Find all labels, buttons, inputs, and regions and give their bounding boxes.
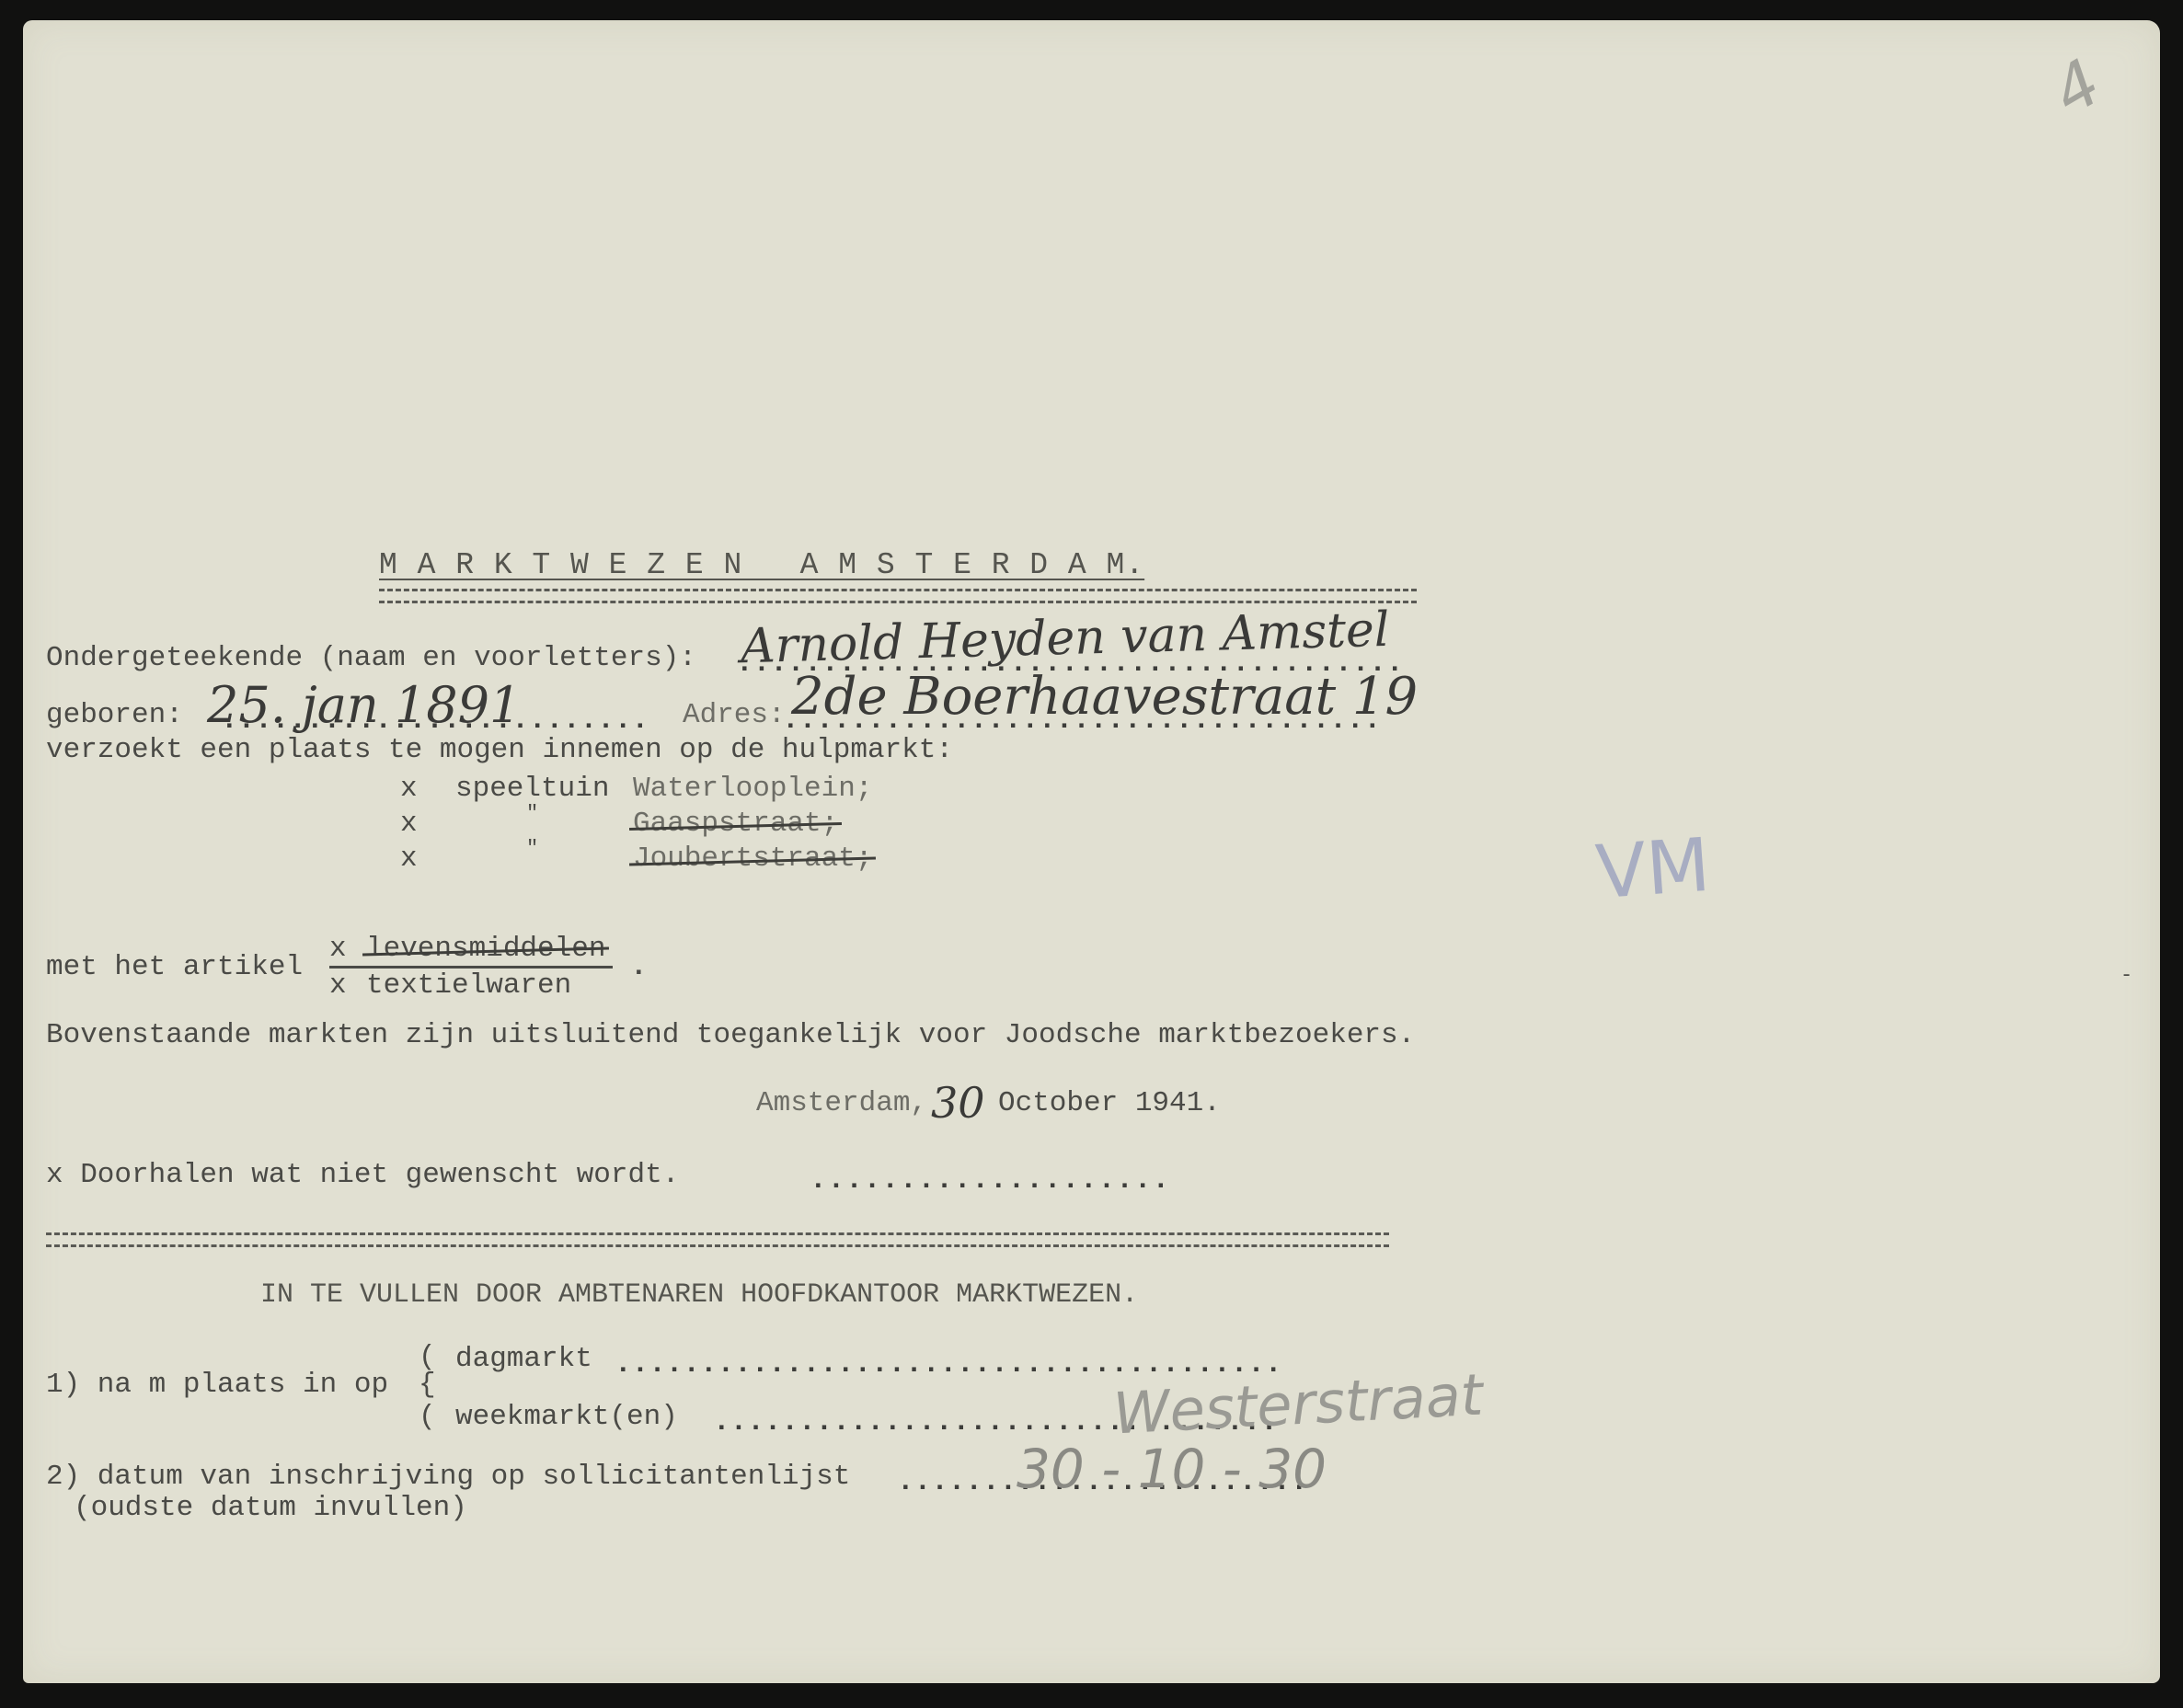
title-double-rule: [379, 589, 1417, 603]
market-option-marker: x: [400, 844, 418, 873]
item1-label: 1) na m plaats in op: [46, 1370, 388, 1399]
signature-dots: ....................: [810, 1166, 1170, 1195]
margin-dash: -: [2120, 966, 2132, 986]
address-value: 2de Boerhaavestraat 19: [791, 671, 1418, 723]
struck-text: levensmiddelen: [366, 933, 605, 965]
struck-text: Gaaspstraat;: [633, 808, 838, 840]
market-option-gaaspstraat: Gaaspstraat;: [633, 809, 838, 838]
ditto-mark: ": [526, 839, 538, 859]
market-option-prefix: speeltuin: [455, 774, 609, 803]
market-option-joubertstraat: Joubertstraat;: [633, 844, 872, 873]
brace-top: (: [419, 1343, 436, 1371]
date-month-year: October 1941.: [998, 1089, 1221, 1118]
place-text: Amsterdam,: [756, 1089, 927, 1118]
market-option-marker: x: [400, 774, 418, 803]
section-double-rule: [46, 1232, 1389, 1247]
brace-bottom: (: [419, 1403, 436, 1431]
item2-label: 2) datum van inschrijving op sollicitant…: [46, 1462, 850, 1491]
address-label: Adres:: [683, 701, 786, 729]
market-option-waterlooplein: Waterlooplein;: [633, 774, 872, 803]
notice-text: Bovenstaande markten zijn uitsluitend to…: [46, 1021, 1415, 1049]
struck-text: Joubertstraat;: [633, 843, 872, 875]
article-divider-line: [329, 966, 613, 969]
brace-middle: {: [419, 1370, 436, 1399]
born-label: geboren:: [46, 701, 183, 729]
document-title: M A R K T W E Z E N A M S T E R D A M.: [379, 550, 1144, 580]
official-section-heading: IN TE VULLEN DOOR AMBTENAREN HOOFDKANTOO…: [260, 1281, 1138, 1309]
article-end-period: .: [630, 953, 648, 981]
item2-sub-label: (oudste datum invullen): [74, 1494, 467, 1522]
article-option-marker: x: [329, 971, 347, 1000]
ditto-mark: ": [526, 804, 538, 824]
article-option-levensmiddelen: levensmiddelen: [366, 934, 605, 963]
dagmarkt-dots: .......................................: [615, 1350, 1282, 1379]
born-value: 25. jan 1891: [207, 681, 521, 730]
dagmarkt-label: dagmarkt: [455, 1345, 592, 1373]
article-option-textielwaren: textielwaren: [366, 971, 571, 1000]
strike-instruction: x Doorhalen wat niet gewenscht wordt.: [46, 1161, 679, 1189]
article-option-marker: x: [329, 934, 347, 963]
market-option-marker: x: [400, 809, 418, 838]
weekmarkt-label: weekmarkt(en): [455, 1403, 678, 1431]
blue-pencil-initials: VM: [1593, 829, 1712, 910]
article-label: met het artikel: [46, 953, 303, 981]
request-line: verzoekt een plaats te mogen innemen op …: [46, 736, 953, 764]
date-day-handwritten: 30: [931, 1082, 985, 1124]
item2-date-value: 30 - 10 - 30: [1017, 1442, 1327, 1496]
name-label: Ondergeteekende (naam en voorletters):: [46, 644, 696, 672]
